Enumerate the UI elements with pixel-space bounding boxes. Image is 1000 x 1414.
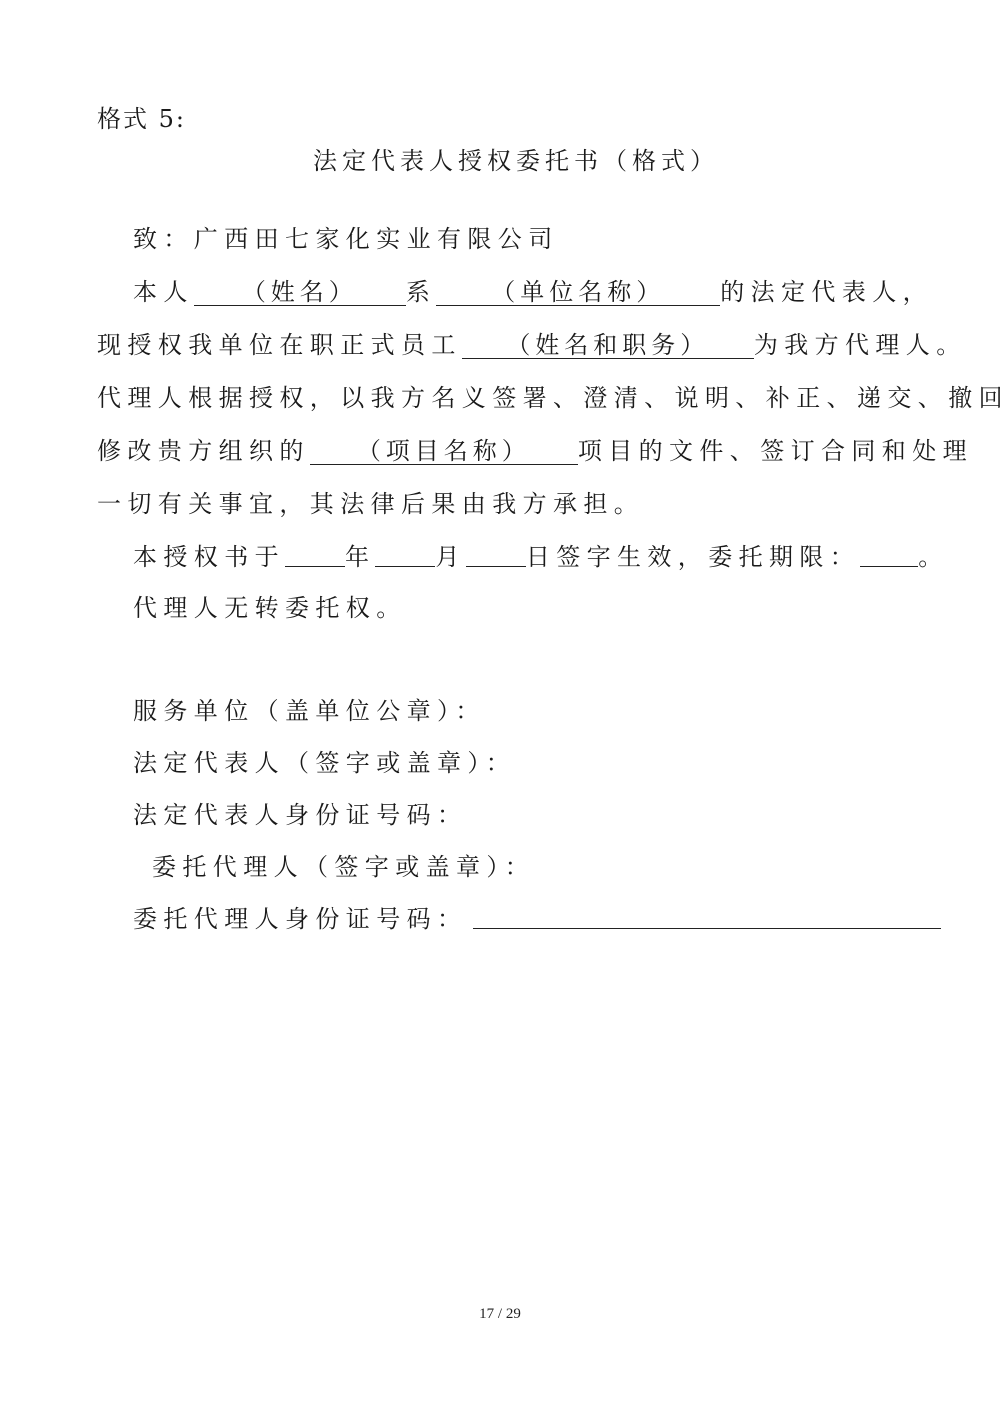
agent-id-field[interactable] (473, 904, 941, 929)
text: 为我方代理人。 (754, 331, 967, 359)
legal-rep-id: 法定代表人身份证号码： (133, 800, 467, 830)
paragraph-agent: 现授权我单位在职正式员工（姓名和职务）为我方代理人。 (97, 330, 967, 360)
format-label: 格式 5: (97, 104, 186, 134)
text: 。 (918, 543, 948, 571)
text: 的法定代表人， (720, 278, 933, 306)
agent-id-line: 委托代理人身份证号码： (133, 904, 941, 934)
agent-signature: 委托代理人（签字或盖章）： (152, 852, 535, 882)
text: 项目的文件、签订合同和处理 (578, 437, 973, 465)
paragraph-liability: 一切有关事宜，其法律后果由我方承担。 (97, 489, 644, 519)
text: 现授权我单位在职正式员工 (97, 331, 462, 359)
day-field[interactable] (466, 542, 526, 567)
addressee: 致：广西田七家化实业有限公司 (133, 224, 559, 254)
paragraph-project: 修改贵方组织的（项目名称）项目的文件、签订合同和处理 (97, 436, 973, 466)
month-field[interactable] (375, 542, 435, 567)
term-field[interactable] (860, 542, 918, 567)
no-subdelegation: 代理人无转委托权。 (133, 593, 407, 623)
text: 本人 (133, 278, 194, 306)
text: 系 (406, 278, 436, 306)
document-page: 格式 5: 法定代表人授权委托书（格式） 致：广西田七家化实业有限公司 本人（姓… (0, 0, 1000, 1414)
service-unit-seal: 服务单位（盖单位公章）： (133, 696, 486, 726)
name-field[interactable]: （姓名） (194, 279, 406, 306)
validity-line: 本授权书于年月日签字生效，委托期限：。 (133, 542, 949, 572)
year-field[interactable] (285, 542, 345, 567)
project-name-field[interactable]: （项目名称） (310, 438, 578, 465)
agent-name-title-field[interactable]: （姓名和职务） (462, 332, 754, 359)
text: 本授权书于 (133, 543, 285, 571)
text: 修改贵方组织的 (97, 437, 310, 465)
text: 月 (435, 543, 465, 571)
page-number: 17 / 29 (0, 1306, 1000, 1323)
text: 年 (345, 543, 375, 571)
paragraph-legal-rep: 本人（姓名）系（单位名称）的法定代表人， (133, 277, 933, 307)
paragraph-authority: 代理人根据授权，以我方名义签署、澄清、说明、补正、递交、撤回、 (97, 383, 1000, 413)
unit-name-field[interactable]: （单位名称） (436, 279, 720, 306)
text: 日签字生效，委托期限： (526, 543, 860, 571)
text: 委托代理人身份证号码： (133, 905, 467, 933)
document-title: 法定代表人授权委托书（格式） (313, 146, 719, 176)
legal-rep-signature: 法定代表人（签字或盖章）： (133, 748, 516, 778)
